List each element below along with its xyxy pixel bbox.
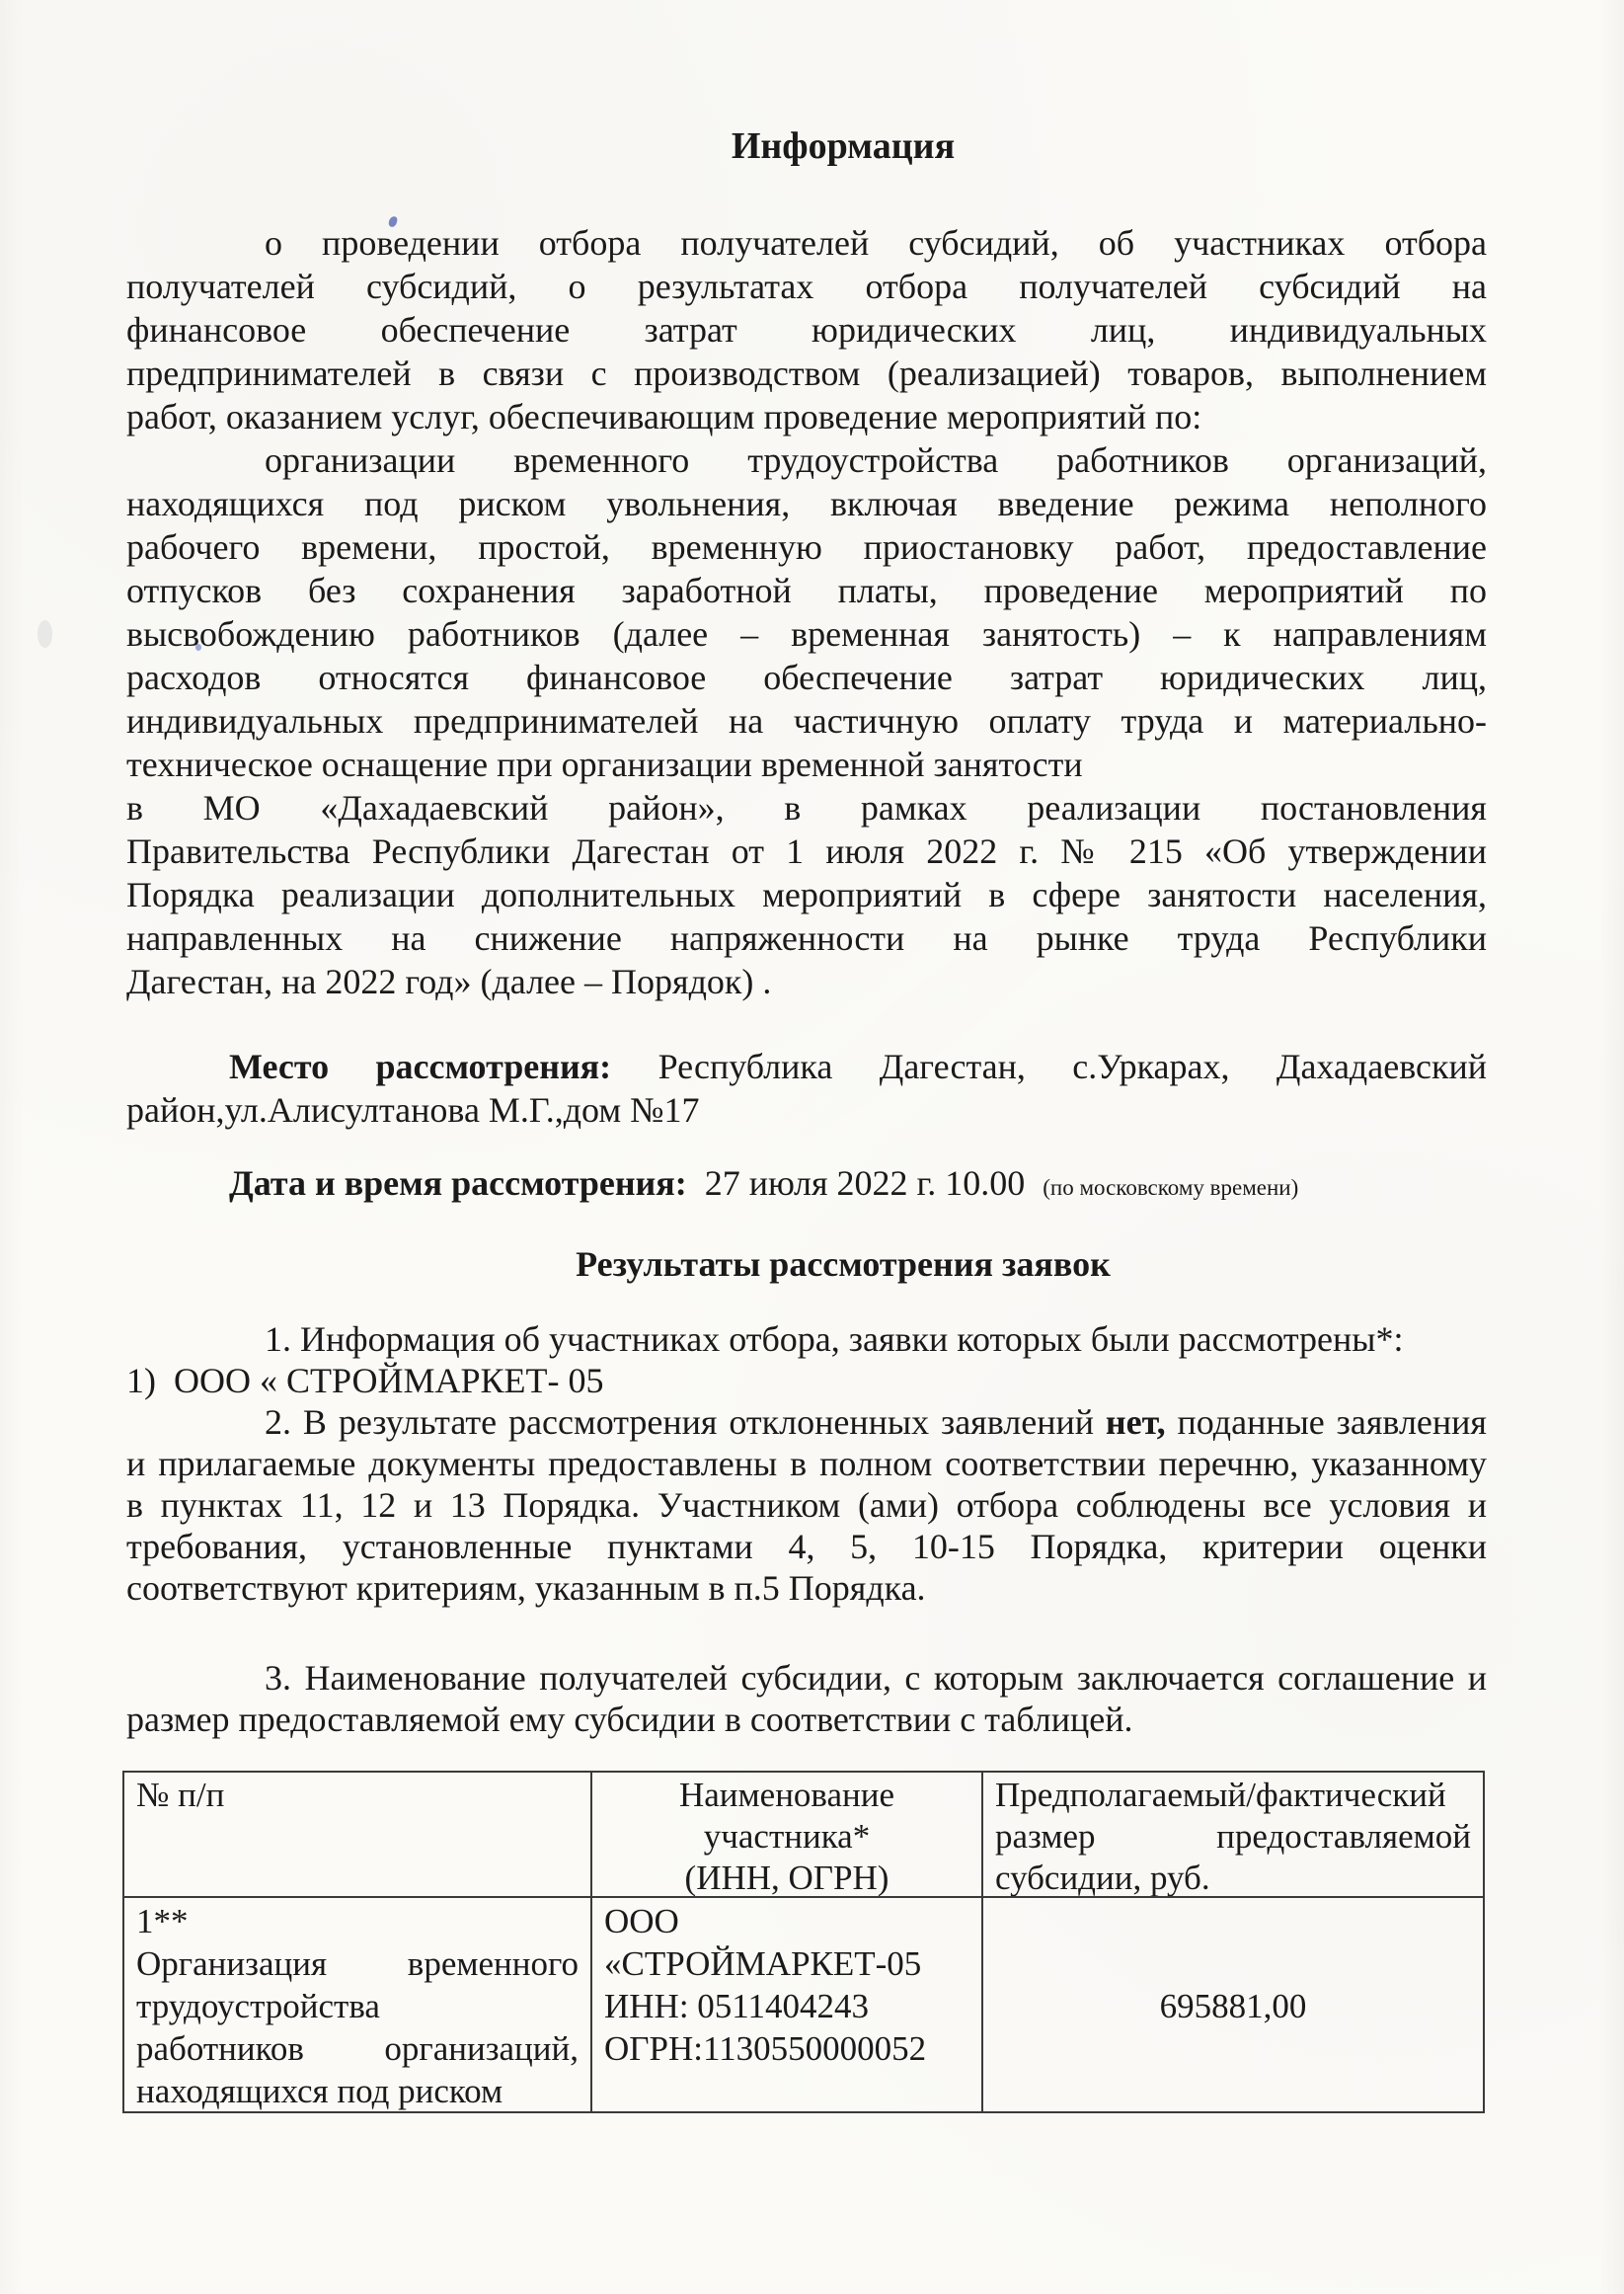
text: Правительства Республики Дагестан от 1 и… — [126, 831, 1487, 871]
table-cell-participant: ООО«СТРОЙМАРКЕТ-05ИНН: 0511404243ОГРН:11… — [592, 1898, 983, 2111]
text-line: техническое оснащение при организации вр… — [126, 743, 1487, 786]
text-line: Дагестан, на 2022 год» (далее – Порядок)… — [126, 960, 1487, 1003]
text-line: 1** — [136, 1900, 579, 1942]
text-line: Порядка реализации дополнительных меропр… — [126, 873, 1487, 916]
text-line: ИНН: 0511404243 — [604, 1985, 969, 2027]
text: работников организаций, — [136, 2029, 579, 2068]
text-line: и прилагаемые документы предоставлены в … — [126, 1443, 1487, 1484]
text-line: получателей субсидий, о результатах отбо… — [126, 265, 1487, 308]
text: Организация временного — [136, 1944, 579, 1983]
table-header-participant: Наименованиеучастника*(ИНН, ОГРН) — [592, 1773, 983, 1898]
text-line: Организация временного — [136, 1942, 579, 1985]
scan-smudge-artifact — [38, 620, 52, 648]
text-line: Дата и время рассмотрения: 27 июля 2022 … — [126, 1161, 1487, 1210]
text: район,ул.Алисултанова М.Г.,дом №17 — [126, 1090, 699, 1130]
text-line: в пунктах 11, 12 и 13 Порядка. Участнико… — [126, 1484, 1487, 1526]
text: находящихся под риском — [136, 2072, 503, 2110]
text: Республика Дагестан, с.Уркарах, Дахадаев… — [611, 1047, 1487, 1086]
text: рабочего времени, простой, временную при… — [126, 527, 1487, 567]
table-cell-subsidy-amount: 695881,00 — [983, 1898, 1483, 2111]
text: расходов относятся финансовое обеспечени… — [126, 658, 1487, 697]
text: получателей субсидий, о результатах отбо… — [126, 267, 1487, 306]
text-line: финансовое обеспечение затрат юридически… — [126, 308, 1487, 352]
bold-text: нет, — [1106, 1402, 1166, 1442]
text-line: № п/п — [136, 1775, 579, 1816]
text: организации временного трудоустройства р… — [265, 440, 1487, 480]
text-line: 1. Информация об участниках отбора, заяв… — [126, 1318, 1487, 1360]
text-line: 2. В результате рассмотрения отклоненных… — [126, 1401, 1487, 1443]
text: 1** — [136, 1902, 189, 1940]
table-header-subsidy-size: Предполагаемый/фактическийразмер предост… — [983, 1773, 1483, 1898]
text-line: 1) ООО « СТРОЙМАРКЕТ- 05 — [126, 1360, 1487, 1401]
results-heading: Результаты рассмотрения заявок — [126, 1242, 1487, 1286]
bold-text: Место рассмотрения: — [229, 1047, 611, 1086]
text-line: Предполагаемый/фактический — [995, 1775, 1471, 1816]
text-line: индивидуальных предпринимателей на части… — [126, 699, 1487, 743]
text: финансовое обеспечение затрат юридически… — [126, 310, 1487, 350]
text: трудоустройства — [136, 1987, 380, 2025]
text: ОГРН:1130550000052 — [604, 2029, 926, 2068]
text: о проведении отбора получателей субсидий… — [265, 223, 1487, 263]
text-line: субсидии, руб. — [995, 1858, 1471, 1898]
text: отпусков без сохранения заработной платы… — [126, 571, 1487, 610]
text: ООО — [604, 1902, 679, 1940]
text-line: работников организаций, — [136, 2027, 579, 2070]
text: Порядка реализации дополнительных меропр… — [126, 875, 1487, 914]
text-line: ОГРН:1130550000052 — [604, 2027, 969, 2070]
text: 1) ООО « СТРОЙМАРКЕТ- 05 — [126, 1361, 603, 1400]
text: предпринимателей в связи с производством… — [126, 354, 1487, 393]
recipient-naming-paragraph: 3. Наименование получателей субсидии, с … — [126, 1657, 1487, 1740]
bold-text: Дата и время рассмотрения: — [229, 1163, 687, 1203]
text-line: о проведении отбора получателей субсидий… — [126, 221, 1487, 265]
text-line: предпринимателей в связи с производством… — [126, 352, 1487, 395]
text-line: Правительства Республики Дагестан от 1 и… — [126, 830, 1487, 873]
ink-speck-artifact — [195, 644, 201, 651]
text: соответствуют критериям, указанным в п.5… — [126, 1568, 926, 1608]
text: Дагестан, на 2022 год» (далее – Порядок)… — [126, 962, 771, 1001]
text-line: работ, оказанием услуг, обеспечивающим п… — [126, 395, 1487, 438]
text: размер предоставляемой — [995, 1817, 1471, 1856]
text: «СТРОЙМАРКЕТ-05 — [604, 1944, 921, 1983]
text: 27 июля 2022 г. 10.00 — [687, 1163, 1044, 1203]
text-line: (ИНН, ОГРН) — [604, 1858, 969, 1898]
table-cell-activity: 1**Организация временноготрудоустройства… — [124, 1898, 592, 2111]
text: Предполагаемый/фактический — [995, 1776, 1446, 1814]
text-line: Место рассмотрения: Республика Дагестан,… — [126, 1045, 1487, 1088]
text-line: ООО — [604, 1900, 969, 1942]
subsidy-table: № п/п Наименованиеучастника*(ИНН, ОГРН) … — [122, 1771, 1485, 2113]
text-line: расходов относятся финансовое обеспечени… — [126, 656, 1487, 699]
text-line: «СТРОЙМАРКЕТ-05 — [604, 1942, 969, 1985]
text-line: в МО «Дахадаевский район», в рамках реал… — [126, 786, 1487, 830]
text: (по московскому времени) — [1043, 1175, 1298, 1200]
text: работ, оказанием услуг, обеспечивающим п… — [126, 397, 1201, 436]
text-line: соответствуют критериям, указанным в п.5… — [126, 1567, 1487, 1609]
document-title: Информация — [126, 122, 1487, 170]
text-line: находящихся под риском — [136, 2070, 579, 2111]
text: в МО «Дахадаевский район», в рамках реал… — [126, 788, 1487, 828]
text-line: отпусков без сохранения заработной платы… — [126, 569, 1487, 612]
text-line: участника* — [604, 1816, 969, 1858]
text: требования, установленные пунктами 4, 5,… — [126, 1527, 1487, 1566]
date-time-of-review: Дата и время рассмотрения: 27 июля 2022 … — [126, 1161, 1487, 1210]
text: 2. В результате рассмотрения отклоненных… — [265, 1402, 1106, 1442]
text: поданные заявления — [1166, 1402, 1487, 1442]
text: участника* — [704, 1817, 870, 1856]
table-header-number: № п/п — [124, 1773, 592, 1898]
text-line: трудоустройства — [136, 1985, 579, 2027]
text: в пунктах 11, 12 и 13 Порядка. Участнико… — [126, 1485, 1487, 1525]
place-of-review: Место рассмотрения: Республика Дагестан,… — [126, 1045, 1487, 1132]
text-line: высвобождению работников (далее – времен… — [126, 612, 1487, 656]
text-line: требования, установленные пунктами 4, 5,… — [126, 1526, 1487, 1567]
scanned-document-page: Информация о проведении отбора получател… — [0, 0, 1624, 2294]
text: находящихся под риском увольнения, включ… — [126, 484, 1487, 523]
results-paragraphs: 1. Информация об участниках отбора, заяв… — [126, 1318, 1487, 1609]
text: ИНН: 0511404243 — [604, 1987, 869, 2025]
text: техническое оснащение при организации вр… — [126, 745, 1083, 784]
text-line: рабочего времени, простой, временную при… — [126, 525, 1487, 569]
text-line: размер предоставляемой — [995, 1816, 1471, 1858]
text: субсидии, руб. — [995, 1859, 1210, 1897]
text-line: район,ул.Алисултанова М.Г.,дом №17 — [126, 1088, 1487, 1132]
text-line: Наименование — [604, 1775, 969, 1816]
text: высвобождению работников (далее – времен… — [126, 614, 1487, 654]
text: индивидуальных предпринимателей на части… — [126, 701, 1487, 741]
text-line: находящихся под риском увольнения, включ… — [126, 482, 1487, 525]
text-line: 695881,00 — [995, 1985, 1471, 2027]
text: Наименование — [679, 1776, 894, 1814]
intro-paragraphs: о проведении отбора получателей субсидий… — [126, 221, 1487, 1003]
text-line: направленных на снижение напряженности н… — [126, 916, 1487, 960]
text-line: 3. Наименование получателей субсидии, с … — [126, 1657, 1487, 1699]
text-line: размер предоставляемой ему субсидии в со… — [126, 1699, 1487, 1740]
text: (ИНН, ОГРН) — [685, 1859, 889, 1897]
text-line: организации временного трудоустройства р… — [126, 438, 1487, 482]
text: направленных на снижение напряженности н… — [126, 918, 1487, 958]
text: 1. Информация об участниках отбора, заяв… — [265, 1319, 1404, 1359]
text: размер предоставляемой ему субсидии в со… — [126, 1700, 1133, 1739]
text: и прилагаемые документы предоставлены в … — [126, 1444, 1487, 1483]
text: 695881,00 — [1160, 1987, 1307, 2025]
text: № п/п — [136, 1776, 224, 1814]
text: 3. Наименование получателей субсидии, с … — [265, 1658, 1487, 1698]
